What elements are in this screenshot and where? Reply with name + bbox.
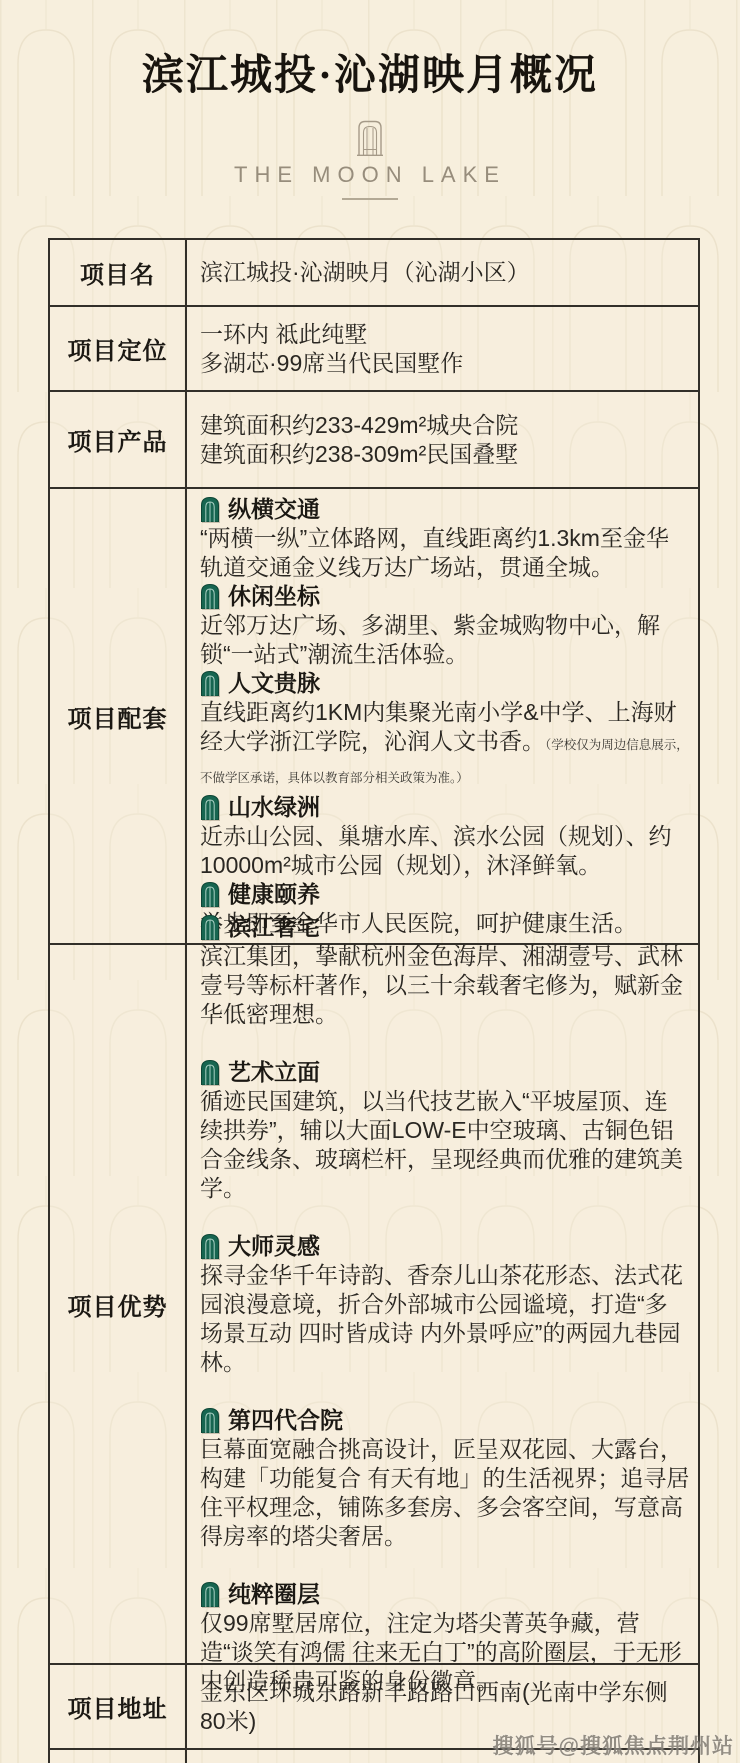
section-body: 滨江集团，挚献杭州金色海岸、湘湖壹号、武林壹号等标杆著作，以三十余载奢宅修为，赋… xyxy=(200,942,690,1029)
text-line: 一环内 祗此纯墅 xyxy=(200,320,690,349)
row-content: 一环内 祗此纯墅 多湖芯·99席当代民国墅作 xyxy=(187,307,698,390)
section-body: 巨幕面宽融合挑高设计，匠呈双花园、大露台，构建「功能复合 有天有地」的生活视界；… xyxy=(200,1435,690,1551)
section-title: 山水绿洲 xyxy=(228,793,320,822)
row-content: 建筑面积约233-429m²城央合院 建筑面积约238-309m²民国叠墅 xyxy=(187,392,698,487)
advantage-section: 滨江奢宅 滨江集团，挚献杭州金色海岸、湘湖壹号、武林壹号等标杆著作，以三十余载奢… xyxy=(200,913,690,1029)
section-title: 纯粹圈层 xyxy=(228,1580,320,1609)
table-row-amenities: 项目配套 纵横交通 “两横一纵”立体路网，直线距离约1.3km至金华轨道交通金义… xyxy=(50,489,698,945)
amenity-section: 山水绿洲 近赤山公园、巢塘水库、滨水公园（规划）、约10000m²城市公园（规划… xyxy=(200,793,690,880)
text-line: 滨江城投·沁湖映月（沁湖小区） xyxy=(200,258,690,287)
page-title: 滨江城投·沁湖映月概况 xyxy=(0,42,740,102)
row-content: 滨江城投·沁湖映月（沁湖小区） xyxy=(187,240,698,305)
section-title: 艺术立面 xyxy=(228,1058,320,1087)
section-title: 休闲坐标 xyxy=(228,582,320,611)
arch-door-icon xyxy=(200,794,220,820)
table-row-advantages: 项目优势 滨江奢宅 滨江集团，挚献杭州金色海岸、湘湖壹号、武林壹号等标杆著作，以… xyxy=(50,945,698,1665)
text-line: 多湖芯·99席当代民国墅作 xyxy=(200,349,690,378)
arch-door-icon xyxy=(200,670,220,696)
arch-door-icon xyxy=(200,881,220,907)
row-label: 项目名 xyxy=(50,240,187,305)
section-body: 直线距离约1KM内集聚光南小学&中学、上海财经大学浙江学院，沁润人文书香。（学校… xyxy=(200,698,690,793)
amenity-section: 休闲坐标 近邻万达广场、多湖里、紫金城购物中心，解锁“一站式”潮流生活体验。 xyxy=(200,582,690,669)
amenity-section: 纵横交通 “两横一纵”立体路网，直线距离约1.3km至金华轨道交通金义线万达广场… xyxy=(200,495,690,582)
arch-door-icon xyxy=(200,914,220,940)
section-title: 人文贵脉 xyxy=(228,669,320,698)
row-label xyxy=(50,1750,187,1763)
project-spec-table: 项目名 滨江城投·沁湖映月（沁湖小区） 项目定位 一环内 祗此纯墅 多湖芯·99… xyxy=(48,238,700,1763)
arch-window-logo-icon xyxy=(355,118,385,156)
section-body: 探寻金华千年诗韵、香奈儿山茶花形态、法式花园浪漫意境，折合外部城市公园谧境，打造… xyxy=(200,1261,690,1377)
arch-door-icon xyxy=(200,496,220,522)
section-heading: 滨江奢宅 xyxy=(200,913,690,942)
section-title: 大师灵感 xyxy=(228,1232,320,1261)
section-body: 近赤山公园、巢塘水库、滨水公园（规划）、约10000m²城市公园（规划），沐泽鲜… xyxy=(200,822,690,880)
row-label: 项目地址 xyxy=(50,1665,187,1748)
section-heading: 健康颐养 xyxy=(200,880,690,909)
section-title: 健康颐养 xyxy=(228,880,320,909)
section-heading: 第四代合院 xyxy=(200,1406,690,1435)
arch-door-icon xyxy=(200,583,220,609)
row-label: 项目优势 xyxy=(50,945,187,1663)
section-body: 循迹民国建筑，以当代技艺嵌入“平坡屋顶、连续拱券”，辅以大面LOW-E中空玻璃、… xyxy=(200,1087,690,1203)
arch-door-icon xyxy=(200,1233,220,1259)
row-label: 项目定位 xyxy=(50,307,187,390)
table-row-project-name: 项目名 滨江城投·沁湖映月（沁湖小区） xyxy=(50,240,698,307)
section-body: “两横一纵”立体路网，直线距离约1.3km至金华轨道交通金义线万达广场站，贯通全… xyxy=(200,524,690,582)
section-heading: 大师灵感 xyxy=(200,1232,690,1261)
arch-door-icon xyxy=(200,1407,220,1433)
watermark-text: 搜狐号@搜狐焦点荆州站 xyxy=(493,1730,734,1760)
table-row-products: 项目产品 建筑面积约233-429m²城央合院 建筑面积约238-309m²民国… xyxy=(50,392,698,489)
section-heading: 休闲坐标 xyxy=(200,582,690,611)
row-content: 纵横交通 “两横一纵”立体路网，直线距离约1.3km至金华轨道交通金义线万达广场… xyxy=(187,489,698,943)
section-body: 近邻万达广场、多湖里、紫金城购物中心，解锁“一站式”潮流生活体验。 xyxy=(200,611,690,669)
brand-divider xyxy=(342,198,398,200)
text-line: 金东区环城东路新丰路路口西南(光南中学东侧80米) xyxy=(200,1678,690,1736)
arch-door-icon xyxy=(200,1581,220,1607)
brand-logo-text: THE MOON LAKE xyxy=(0,162,740,188)
section-heading: 人文贵脉 xyxy=(200,669,690,698)
amenity-section: 人文贵脉 直线距离约1KM内集聚光南小学&中学、上海财经大学浙江学院，沁润人文书… xyxy=(200,669,690,793)
section-heading: 纯粹圈层 xyxy=(200,1580,690,1609)
section-title: 第四代合院 xyxy=(228,1406,343,1435)
section-title: 纵横交通 xyxy=(228,495,320,524)
section-heading: 艺术立面 xyxy=(200,1058,690,1087)
brand-block: THE MOON LAKE xyxy=(0,118,740,200)
row-label: 项目产品 xyxy=(50,392,187,487)
text-line: 建筑面积约233-429m²城央合院 xyxy=(200,411,690,440)
section-heading: 山水绿洲 xyxy=(200,793,690,822)
advantage-section: 艺术立面 循迹民国建筑，以当代技艺嵌入“平坡屋顶、连续拱券”，辅以大面LOW-E… xyxy=(200,1058,690,1203)
advantage-section: 大师灵感 探寻金华千年诗韵、香奈儿山茶花形态、法式花园浪漫意境，折合外部城市公园… xyxy=(200,1232,690,1377)
row-label: 项目配套 xyxy=(50,489,187,943)
section-title: 滨江奢宅 xyxy=(228,913,320,942)
text-line: 建筑面积约238-309m²民国叠墅 xyxy=(200,440,690,469)
arch-door-icon xyxy=(200,1059,220,1085)
section-heading: 纵横交通 xyxy=(200,495,690,524)
advantage-section: 第四代合院 巨幕面宽融合挑高设计，匠呈双花园、大露台，构建「功能复合 有天有地」… xyxy=(200,1406,690,1551)
row-content: 滨江奢宅 滨江集团，挚献杭州金色海岸、湘湖壹号、武林壹号等标杆著作，以三十余载奢… xyxy=(187,945,698,1663)
table-row-positioning: 项目定位 一环内 祗此纯墅 多湖芯·99席当代民国墅作 xyxy=(50,307,698,392)
